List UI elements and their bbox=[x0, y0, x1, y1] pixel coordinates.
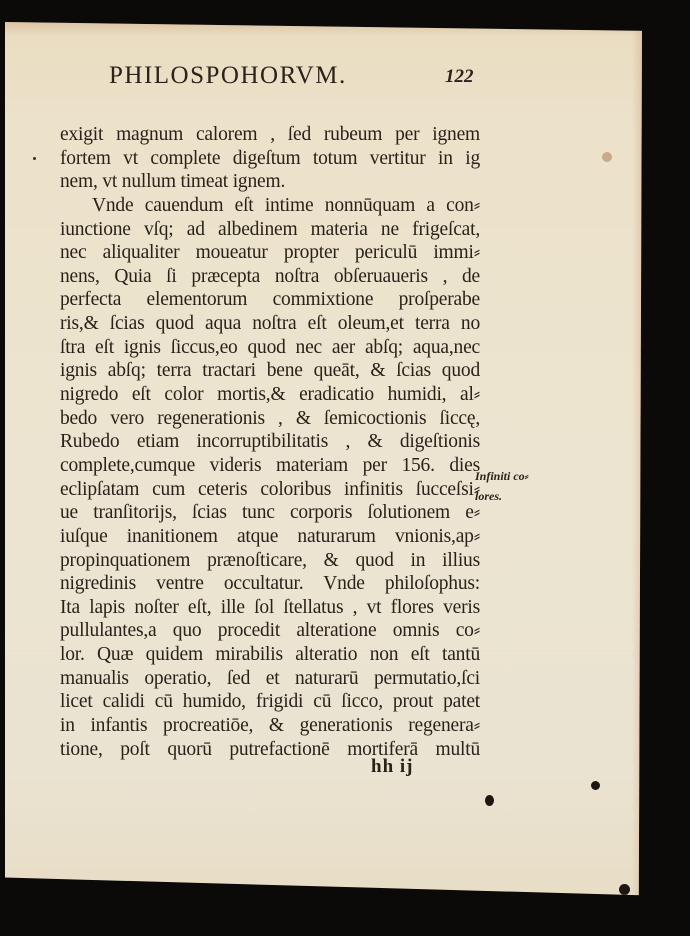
text-line: licet calidi cū humido, frigidi cū ſicco… bbox=[60, 690, 480, 714]
text-line: fortem vt complete digeſtum totum vertit… bbox=[60, 147, 480, 171]
text-line: exigit magnum calorem , ſed rubeum per i… bbox=[60, 123, 480, 147]
text-line: nem, vt nullum timeat ignem. bbox=[60, 170, 480, 194]
running-head: PHILOSPOHORVM. bbox=[109, 62, 347, 90]
text-line: ris,& ſcias quod aqua noſtra eſt oleum,e… bbox=[60, 312, 480, 336]
text-line: in infantis procreatiōe, & generationis … bbox=[60, 714, 480, 738]
text-line: iunctione vſq; ad albedinem materia ne f… bbox=[60, 218, 480, 242]
text-line: ſtra eſt ignis ſiccus,eo quod nec aer ab… bbox=[60, 336, 480, 360]
foxing-stain bbox=[602, 152, 612, 162]
text-line: nens, Quia ſi præcepta noſtra obſeruauer… bbox=[60, 265, 480, 289]
text-line: Rubedo etiam incorruptibilitatis , & dig… bbox=[60, 430, 480, 454]
text-line: nigredo eſt color mortis,& eradicatio hu… bbox=[60, 383, 480, 407]
text-line: nec aliqualiter moueatur propter pericul… bbox=[60, 241, 480, 265]
text-line: Ita lapis noſter eſt, ille ſol ſtellatus… bbox=[60, 596, 480, 620]
text-line: propinquationem prænoſticare, & quod in … bbox=[60, 549, 480, 573]
margin-note-line: Infiniti co⸗ bbox=[475, 466, 529, 486]
text-line: Vnde cauendum eſt intime nonnūquam a con… bbox=[60, 194, 480, 218]
page-number: 122 bbox=[445, 66, 474, 88]
margin-note-line: lores. bbox=[475, 486, 529, 506]
ink-spot bbox=[619, 884, 630, 895]
text-line: iuſque inanitionem atque naturarum vnion… bbox=[60, 525, 480, 549]
margin-note: Infiniti co⸗ lores. bbox=[475, 466, 529, 506]
text-line: nigredinis ventre occultatur. Vnde philo… bbox=[60, 572, 480, 596]
text-line: complete,cumque videris materiam per 156… bbox=[60, 454, 480, 478]
text-line: bedo vero regenerationis , & ſemicoction… bbox=[60, 407, 480, 431]
text-line: eclipſatam cum ceteris coloribus infinit… bbox=[60, 478, 480, 502]
text-line: ue tranſitorijs, ſcias tunc corporis ſol… bbox=[60, 501, 480, 525]
text-line: ignis abſq; terra tractari bene queāt, &… bbox=[60, 359, 480, 383]
ink-spot bbox=[591, 781, 600, 790]
text-line: manualis operatio, ſed et naturarū permu… bbox=[60, 667, 480, 691]
text-line: tione, poſt quorū putrefactionē mortifer… bbox=[60, 738, 480, 762]
text-line: perfecta elementorum commixtione proſper… bbox=[60, 288, 480, 312]
ink-spot bbox=[485, 795, 494, 806]
text-line: pullulantes,a quo procedit alteratione o… bbox=[60, 619, 480, 643]
signature-mark: hh ij bbox=[371, 756, 414, 778]
text-line: lor. Quæ quidem mirabilis alteratio non … bbox=[60, 643, 480, 667]
book-page: PHILOSPOHORVM. 122 exigit magnum calorem… bbox=[5, 22, 642, 904]
body-text: exigit magnum calorem , ſed rubeum per i… bbox=[60, 123, 480, 761]
ink-speck bbox=[33, 157, 36, 160]
